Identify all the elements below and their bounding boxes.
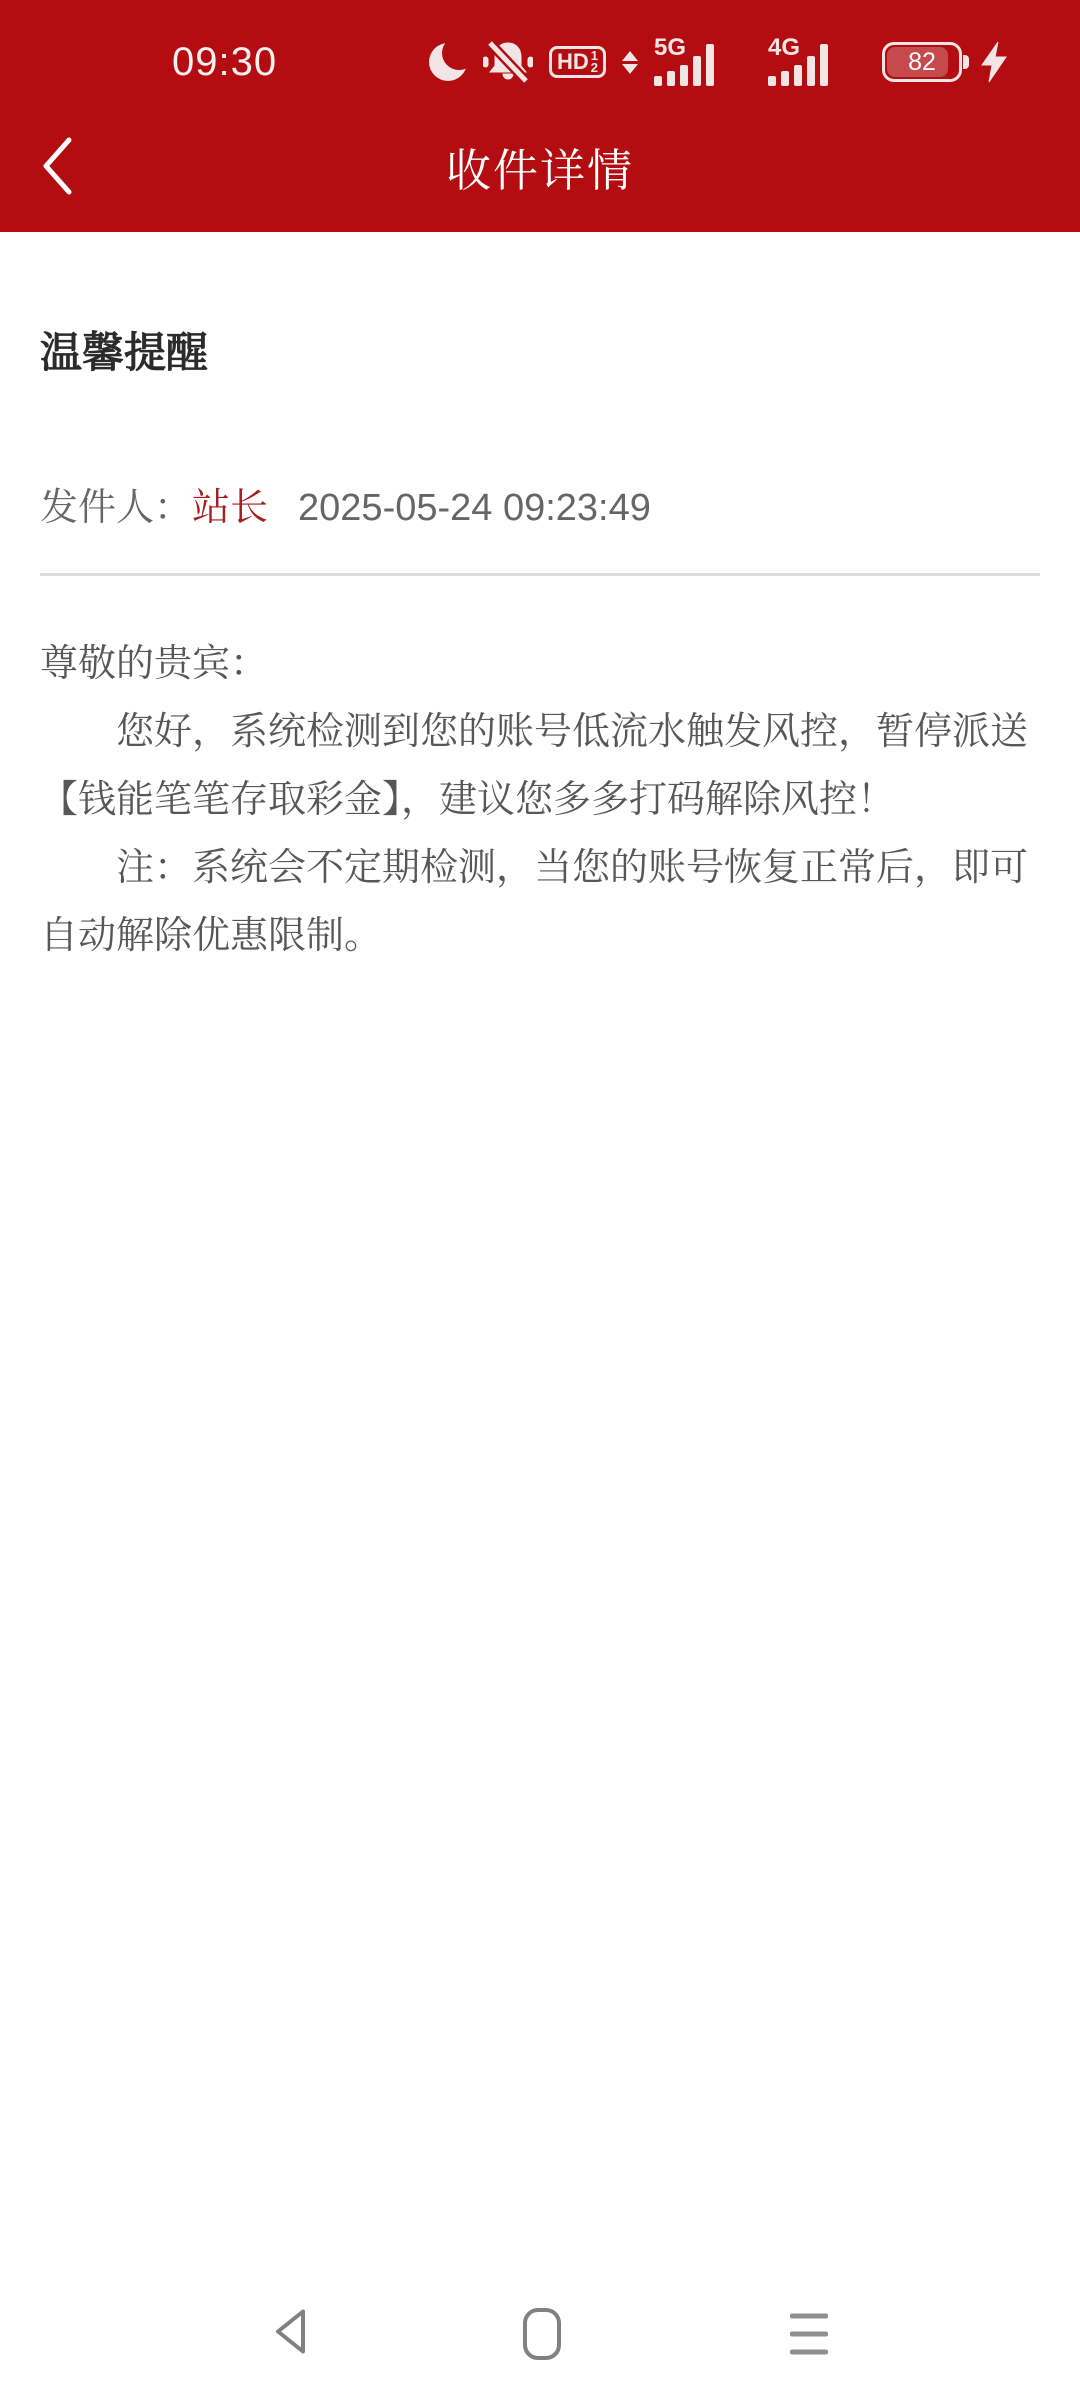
mute-bell-icon bbox=[483, 40, 533, 84]
sim2-signal-icon: 4G bbox=[768, 38, 866, 86]
data-activity-arrows-icon bbox=[622, 51, 638, 74]
nav-home-button[interactable] bbox=[523, 2308, 561, 2360]
battery-percent: 82 bbox=[908, 48, 936, 77]
body-paragraph: 您好，系统检测到您的账号低流水触发风控，暂停派送【钱能笔笔存取彩金】，建议您多多… bbox=[40, 698, 1040, 834]
page-title: 收件详情 bbox=[0, 134, 1080, 199]
sender-label: 发件人： bbox=[40, 487, 192, 529]
android-nav-bar bbox=[0, 2268, 1080, 2400]
sim1-signal-icon: 5G bbox=[654, 38, 752, 86]
nav-back-button[interactable] bbox=[272, 2308, 308, 2361]
greeting-line: 尊敬的贵宾： bbox=[40, 630, 1040, 698]
top-red-block: 09:30 HD 1 2 bbox=[0, 0, 1080, 232]
hd-call-icon: HD 1 2 bbox=[549, 46, 606, 78]
mail-datetime: 2025-05-24 09:23:49 bbox=[298, 487, 651, 529]
do-not-disturb-moon-icon bbox=[429, 43, 467, 81]
mail-content: 温馨提醒 发件人：站长2025-05-24 09:23:49 尊敬的贵宾： 您好… bbox=[0, 320, 1080, 970]
sender-row: 发件人：站长2025-05-24 09:23:49 bbox=[40, 476, 1040, 531]
sender-name[interactable]: 站长 bbox=[192, 487, 268, 529]
app-bar: 收件详情 bbox=[0, 100, 1080, 232]
phone-screen: 09:30 HD 1 2 bbox=[0, 0, 1080, 2400]
charging-bolt-icon bbox=[978, 41, 1010, 83]
clock: 09:30 bbox=[172, 40, 277, 85]
divider bbox=[40, 573, 1040, 576]
battery-icon: 82 bbox=[882, 42, 962, 82]
mail-body: 尊敬的贵宾： 您好，系统检测到您的账号低流水触发风控，暂停派送【钱能笔笔存取彩金… bbox=[40, 630, 1040, 970]
note-paragraph: 注：系统会不定期检测，当您的账号恢复正常后，即可自动解除优惠限制。 bbox=[40, 834, 1040, 970]
status-icons: HD 1 2 5G bbox=[429, 38, 1010, 86]
nav-recents-button[interactable] bbox=[790, 2314, 828, 2355]
mail-subject: 温馨提醒 bbox=[40, 320, 1040, 380]
status-bar: 09:30 HD 1 2 bbox=[0, 0, 1080, 100]
nav-back-triangle-icon bbox=[272, 2308, 308, 2356]
